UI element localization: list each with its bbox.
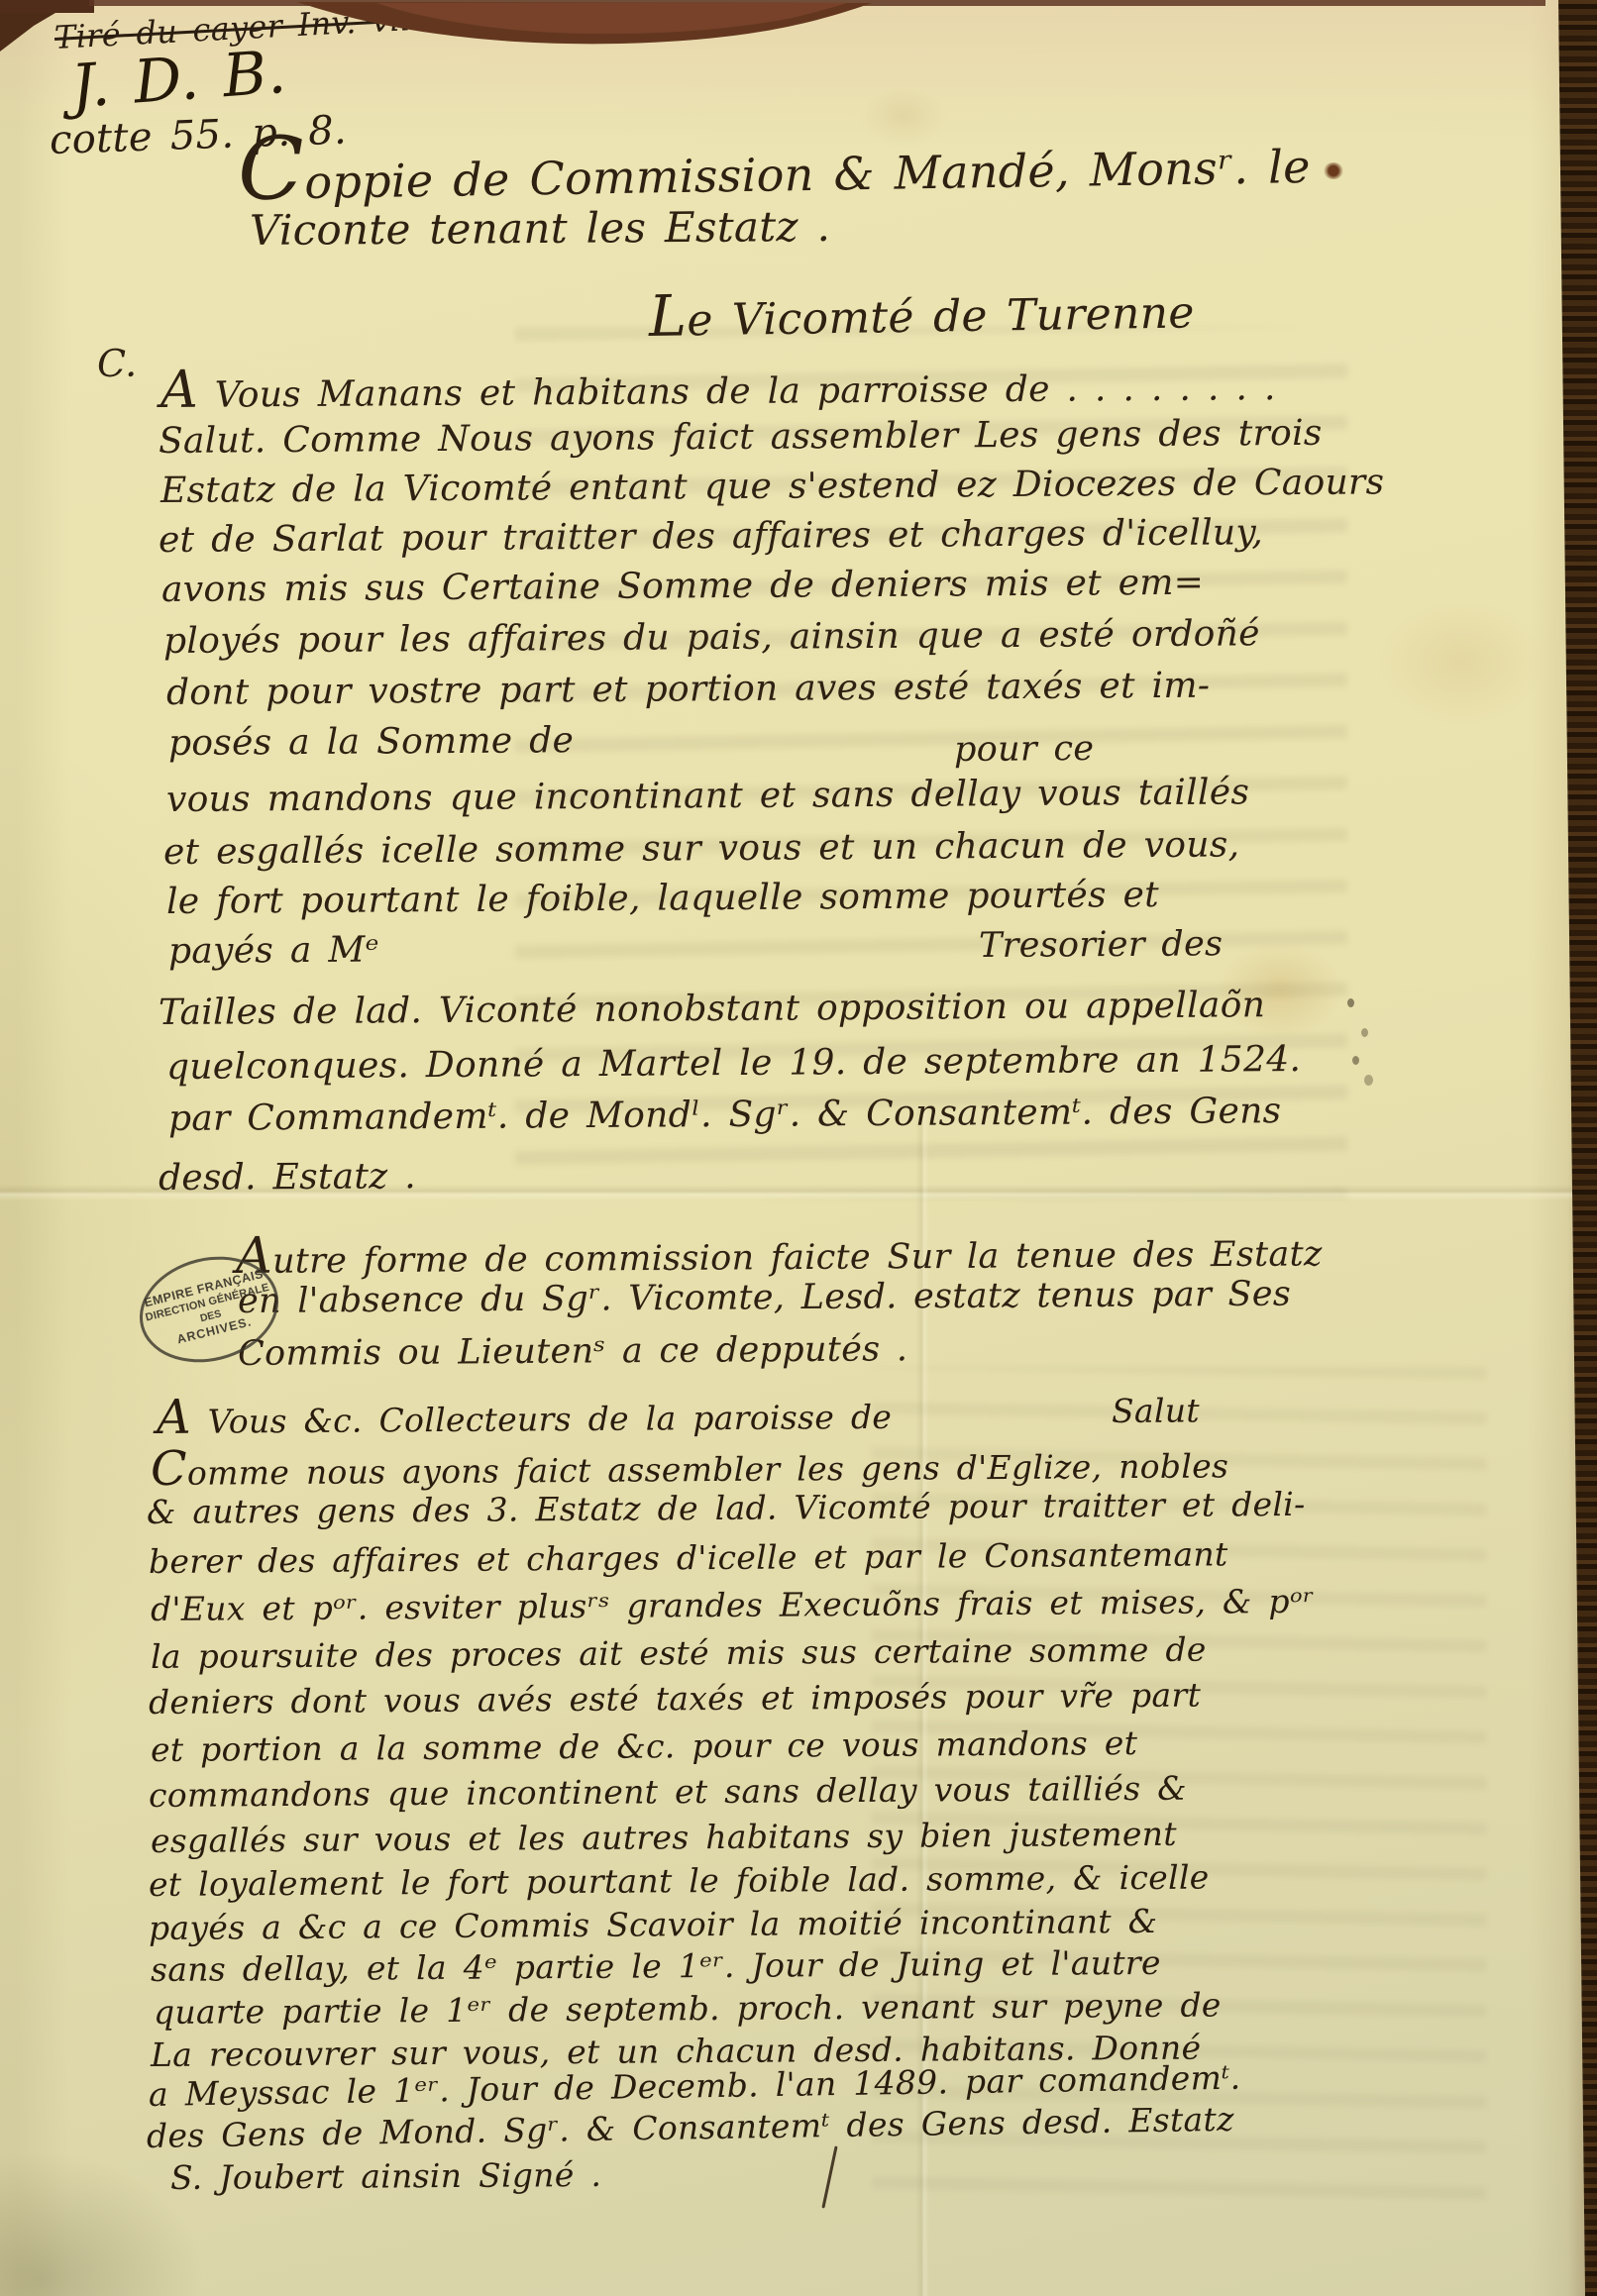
manuscript-line: berer des affaires et charges d'icelle e… <box>149 1537 1228 1578</box>
inline-word-salut: Salut <box>1112 1394 1200 1427</box>
manuscript-line: et loyalement le fort pourtant le foible… <box>149 1861 1210 1901</box>
manuscript-line: d'Eux et pᵒʳ. esviter plusʳˢ grandes Exe… <box>151 1585 1315 1625</box>
manuscript-line: Salut. Comme Nous ayons faict assembler … <box>159 416 1323 460</box>
manuscript-line: quarte partie le 1ᵉʳ de septemb. proch. … <box>154 1988 1222 2029</box>
manuscript-line: Estatz de la Vicomté entant que s'estend… <box>160 465 1385 509</box>
manuscript-line: deniers dont vous avés esté taxés et imp… <box>149 1679 1201 1719</box>
manuscript-line: Tailles de lad. Viconté nonobstant oppos… <box>159 988 1265 1031</box>
manuscript-line: la poursuite des proces ait esté mis sus… <box>151 1633 1207 1673</box>
manuscript-line: par Commandemᵗ. de Mondˡ. Sgʳ. & Consant… <box>168 1094 1282 1137</box>
manuscript-line: vous mandons que incontinant et sans del… <box>166 775 1249 818</box>
manuscript-line: et de Sarlat pour traitter des affaires … <box>159 515 1263 559</box>
inline-word-tresorier: Tresorier des <box>979 927 1224 964</box>
manuscript-line: le fort pourtant le foible, laquelle som… <box>166 878 1159 920</box>
paraph-stroke <box>821 2145 837 2208</box>
section-heading: Le Vicomté de Turenne <box>649 280 1195 346</box>
rubric-line: en l'absence du Sgʳ. Vicomte, Lesd. esta… <box>238 1278 1291 1319</box>
manuscript-line: esgallés sur vous et les autres habitans… <box>151 1818 1177 1857</box>
manuscript-line: A Vous &c. Collecteurs de la paroisse de <box>157 1390 892 1442</box>
manuscript-line: quelconques. Donné a Martel le 19. de se… <box>166 1042 1301 1086</box>
manuscript-line: et portion a la somme de &c. pour ce vou… <box>151 1726 1137 1766</box>
ink-smudge <box>1347 998 1354 1007</box>
rubric-line: Commis ou Lieutenˢ a ce depputés . <box>238 1332 908 1372</box>
document-title-line1: Coppie de Commission & Mandé, Monsʳ. le <box>237 110 1311 213</box>
manuscript-line: payés a &c a ce Commis Scavoir la moitié… <box>149 1905 1158 1944</box>
manuscript-line: et esgallés icelle somme sur vous et un … <box>163 827 1240 871</box>
manuscript-line: avons mis sus Certaine Somme de deniers … <box>161 566 1204 608</box>
signature-line: S. Joubert ainsin Signé . <box>170 2158 601 2194</box>
red-binding-edge <box>0 0 1597 69</box>
manuscript-line: commandons que incontinent et sans della… <box>149 1772 1187 1812</box>
inline-catchword-pour-ce: pour ce <box>954 732 1095 768</box>
ink-blot <box>1324 162 1343 179</box>
margin-letter: C. <box>97 345 138 382</box>
manuscript-line: ployés pour les affaires du pais, ainsin… <box>163 616 1260 660</box>
manuscript-line: sans dellay, et la 4ᵉ partie le 1ᵉʳ. Jou… <box>151 1946 1161 1986</box>
manuscript-line: A Vous Manans et habitans de la parroiss… <box>160 357 1276 416</box>
document-title-line2: Viconte tenant les Estatz . <box>250 206 830 252</box>
manuscript-line: dont pour vostre part et portion aves es… <box>166 669 1211 711</box>
paper-sheet: Tiré du cayer Inv. viii. sur J. D. B. co… <box>0 0 1597 2296</box>
manuscript-photo: Tiré du cayer Inv. viii. sur J. D. B. co… <box>0 0 1597 2296</box>
manuscript-line: desd. Estatz . <box>159 1159 416 1197</box>
manuscript-line: payés a Mᵉ <box>168 933 379 970</box>
manuscript-line: & autres gens des 3. Estatz de lad. Vico… <box>147 1488 1306 1528</box>
manuscript-line: posés a la Somme de <box>168 723 574 762</box>
rubric-line: Autre forme de commission faicte Sur la … <box>236 1223 1323 1281</box>
